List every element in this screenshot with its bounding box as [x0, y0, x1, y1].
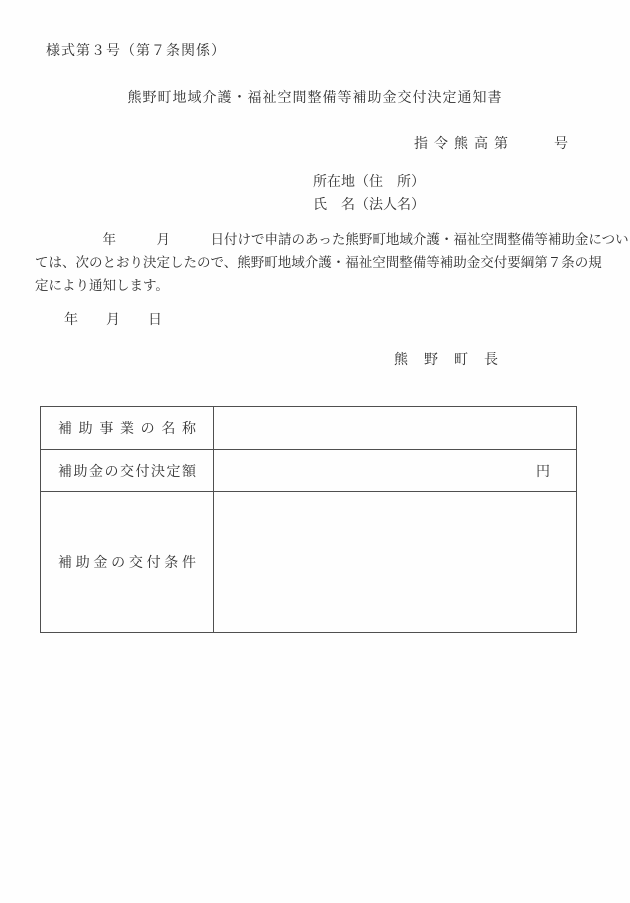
page-title: 熊野町地域介護・福祉空間整備等補助金交付決定通知書: [0, 87, 630, 107]
sender-mayor-line: 熊 野 町 長: [394, 349, 499, 369]
decision-table: 補助事業の名称 補助金の交付決定額 円 補助金の交付条件: [40, 406, 577, 633]
body-line-3: 定により通知します。: [35, 275, 629, 298]
project-name-value: [214, 407, 577, 450]
table-row-grant-conditions: 補助金の交付条件: [41, 492, 577, 633]
document-number: 指令熊高第 号: [414, 133, 574, 153]
body-paragraph: 年 月 日付けで申請のあった熊野町地域介護・福祉空間整備等補助金につい ては、次…: [35, 229, 629, 298]
document-page: 様式第３号（第７条関係） 熊野町地域介護・福祉空間整備等補助金交付決定通知書 指…: [0, 0, 630, 903]
addressee-name-label: 氏 名（法人名）: [313, 194, 425, 217]
form-number: 様式第３号（第７条関係）: [46, 40, 226, 60]
table-row-project-name: 補助事業の名称: [41, 407, 577, 450]
grant-amount-label: 補助金の交付決定額: [41, 450, 214, 492]
grant-conditions-value: [214, 492, 577, 633]
table-row-grant-amount: 補助金の交付決定額 円: [41, 450, 577, 492]
grant-amount-unit: 円: [214, 450, 577, 492]
addressee-address-label: 所在地（住 所）: [313, 171, 425, 194]
project-name-label: 補助事業の名称: [41, 407, 214, 450]
body-line-2: ては、次のとおり決定したので、熊野町地域介護・福祉空間整備等補助金交付要綱第７条…: [35, 252, 629, 275]
body-line-1: 年 月 日付けで申請のあった熊野町地域介護・福祉空間整備等補助金につい: [35, 229, 629, 252]
date-line: 年 月 日: [64, 309, 162, 329]
grant-conditions-label: 補助金の交付条件: [41, 492, 214, 633]
addressee-block: 所在地（住 所） 氏 名（法人名）: [313, 171, 425, 217]
